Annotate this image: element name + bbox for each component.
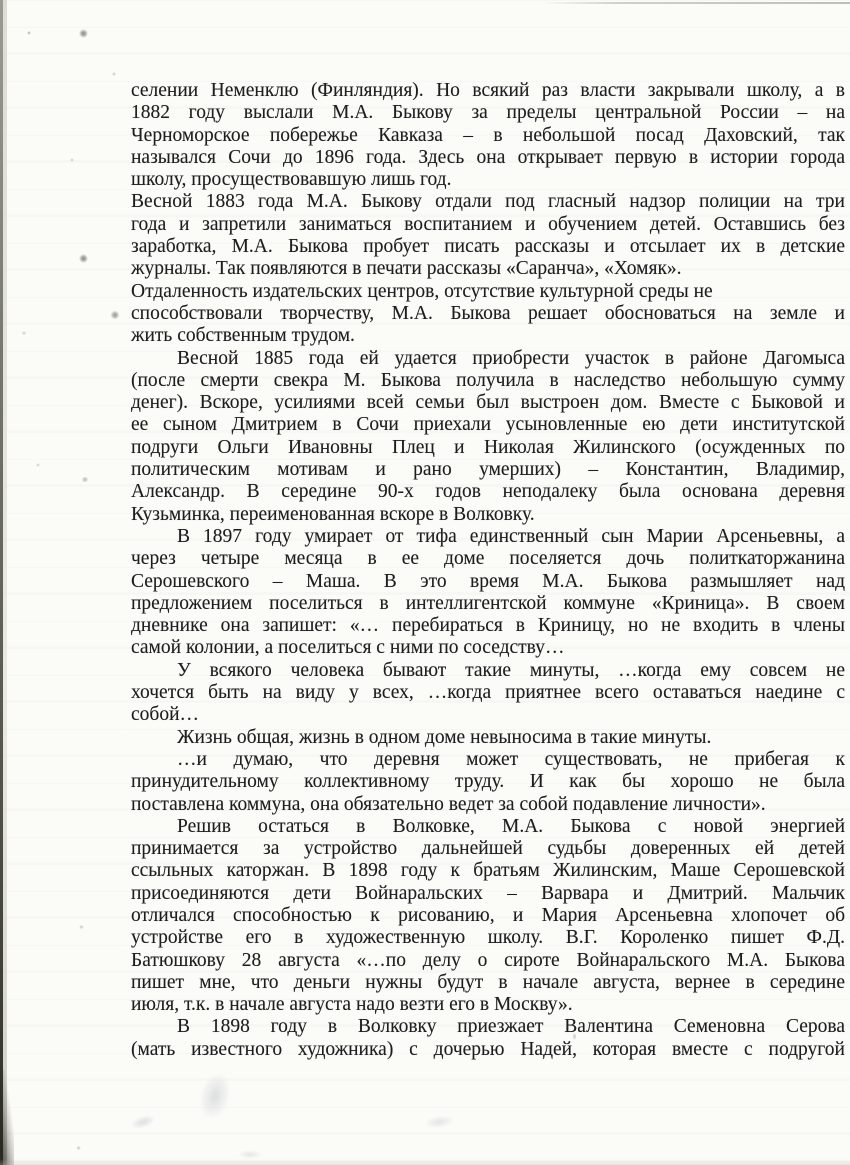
text-line: принимается за устройство дальнейшей суд… <box>131 838 845 860</box>
text-line: ее сыном Дмитрием в Сочи приехали усынов… <box>131 414 845 436</box>
text-line: селении Неменклю (Финляндия). Но всякий … <box>131 80 845 102</box>
scan-smudge <box>238 1150 262 1159</box>
paragraph: …и думаю, что деревня может существовать… <box>131 749 845 816</box>
text-line: отличался способностью к рисованию, и Ма… <box>131 905 845 927</box>
text-line: В 1897 году умирает от тифа единственный… <box>177 526 845 548</box>
scan-speck <box>36 463 40 467</box>
text-line: Решив остаться в Волковке, М.А. Быкова с… <box>177 816 845 838</box>
scan-speck <box>573 1032 576 1041</box>
text-line: устройстве его в художественную школу. В… <box>131 927 845 949</box>
text-line: В 1898 году в Волковку приезжает Валенти… <box>177 1016 845 1038</box>
text-line: политическим мотивам и рано умерших) – К… <box>131 459 845 481</box>
text-line: назывался Сочи до 1896 года. Здесь она о… <box>131 147 845 169</box>
text-line: подруги Ольги Ивановны Плец и Николая Жи… <box>131 437 845 459</box>
text-line: собой… <box>131 704 845 726</box>
scan-corner-smudge <box>0 1070 14 1165</box>
text-line: жить собственным трудом. <box>131 325 845 347</box>
scan-speck <box>79 925 84 929</box>
scan-bottom-edge-shade <box>0 1159 850 1165</box>
paragraph: У всякого человека бывают такие минуты, … <box>131 660 845 727</box>
text-line: У всякого человека бывают такие минуты, … <box>177 660 845 682</box>
scan-left-edge-highlight <box>3 0 7 1165</box>
text-line: июля, т.к. в начале августа надо везти е… <box>131 994 845 1016</box>
text-line: школу, просуществовавшую лишь год. <box>131 169 845 191</box>
text-line: пишет мне, что деньги нужны будут в нача… <box>131 972 845 994</box>
scan-speck <box>79 254 88 263</box>
text-line: принудительному коллективному труду. И к… <box>131 771 845 793</box>
text-line: Черноморское побережье Кавказа – в небол… <box>131 125 845 147</box>
text-line: Александр. В середине 90-х годов неподал… <box>131 481 845 503</box>
scan-speck <box>110 311 120 319</box>
text-line: года и запретили заниматься воспитанием … <box>131 214 845 236</box>
paragraph: Отдаленность издательских центров, отсут… <box>131 281 845 348</box>
text-line: способствовали творчеству, М.А. Быкова р… <box>131 303 845 325</box>
scan-smudge <box>195 1069 236 1123</box>
paragraph: Жизнь общая, жизнь в одном доме невыноси… <box>131 727 845 749</box>
text-line: Батюшкову 28 августа «…по делу о сироте … <box>131 950 845 972</box>
text-line: Отдаленность издательских центров, отсут… <box>131 281 845 303</box>
document-text-block: селении Неменклю (Финляндия). Но всякий … <box>131 80 845 1061</box>
scan-speck <box>81 477 89 482</box>
text-line: предложением поселиться в интеллигентско… <box>131 593 845 615</box>
text-line: (мать известного художника) с дочерью На… <box>131 1039 845 1061</box>
scan-speck <box>27 31 31 35</box>
text-line: Серошевского – Маша. В это время М.А. Бы… <box>131 571 845 593</box>
paragraph: селении Неменклю (Финляндия). Но всякий … <box>131 80 845 191</box>
text-line: Весной 1885 года ей удается приобрести у… <box>177 348 845 370</box>
scan-speck <box>79 29 88 38</box>
text-line: (после смерти свекра М. Быкова получила … <box>131 370 845 392</box>
scan-speck <box>22 331 26 335</box>
text-line: журналы. Так появляются в печати рассказ… <box>131 258 845 280</box>
scan-speck <box>70 158 74 162</box>
text-line: через четыре месяца в ее доме поселяется… <box>131 548 845 570</box>
text-line: Жизнь общая, жизнь в одном доме невыноси… <box>177 727 845 749</box>
text-line: 1882 году выслали М.А. Быкову за пределы… <box>131 102 845 124</box>
text-line: заработка, М.А. Быкова пробует писать ра… <box>131 236 845 258</box>
scan-speck <box>112 72 116 76</box>
text-line: дневнике она запишет: «… перебираться в … <box>131 615 845 637</box>
text-line: денег). Вскоре, усилиями всей семьи был … <box>131 392 845 414</box>
text-line: самой колонии, а поселиться с ними по со… <box>131 637 845 659</box>
text-line: Весной 1883 года М.А. Быкову отдали под … <box>131 191 845 213</box>
paragraph: Решив остаться в Волковке, М.А. Быкова с… <box>131 816 845 1017</box>
text-line: присоединяются дети Войнаральских – Варв… <box>131 883 845 905</box>
paragraph: В 1897 году умирает от тифа единственный… <box>131 526 845 660</box>
text-line: Кузьминка, переименованная вскоре в Волк… <box>131 504 845 526</box>
text-line: хочется быть на виду у всех, …когда прия… <box>131 682 845 704</box>
scan-speck <box>76 1146 81 1150</box>
paragraph: Весной 1883 года М.А. Быкову отдали под … <box>131 191 845 280</box>
paragraph: Весной 1885 года ей удается приобрести у… <box>131 348 845 526</box>
scan-smudge <box>423 1114 454 1130</box>
paragraph: В 1898 году в Волковку приезжает Валенти… <box>131 1016 845 1061</box>
text-line: поставлена коммуна, она обязательно веде… <box>131 794 845 816</box>
text-line: …и думаю, что деревня может существовать… <box>177 749 845 771</box>
scan-smudge <box>129 1112 157 1131</box>
text-line: ссыльных каторжан. В 1898 году к братьям… <box>131 860 845 882</box>
scan-top-edge-line <box>540 2 850 4</box>
